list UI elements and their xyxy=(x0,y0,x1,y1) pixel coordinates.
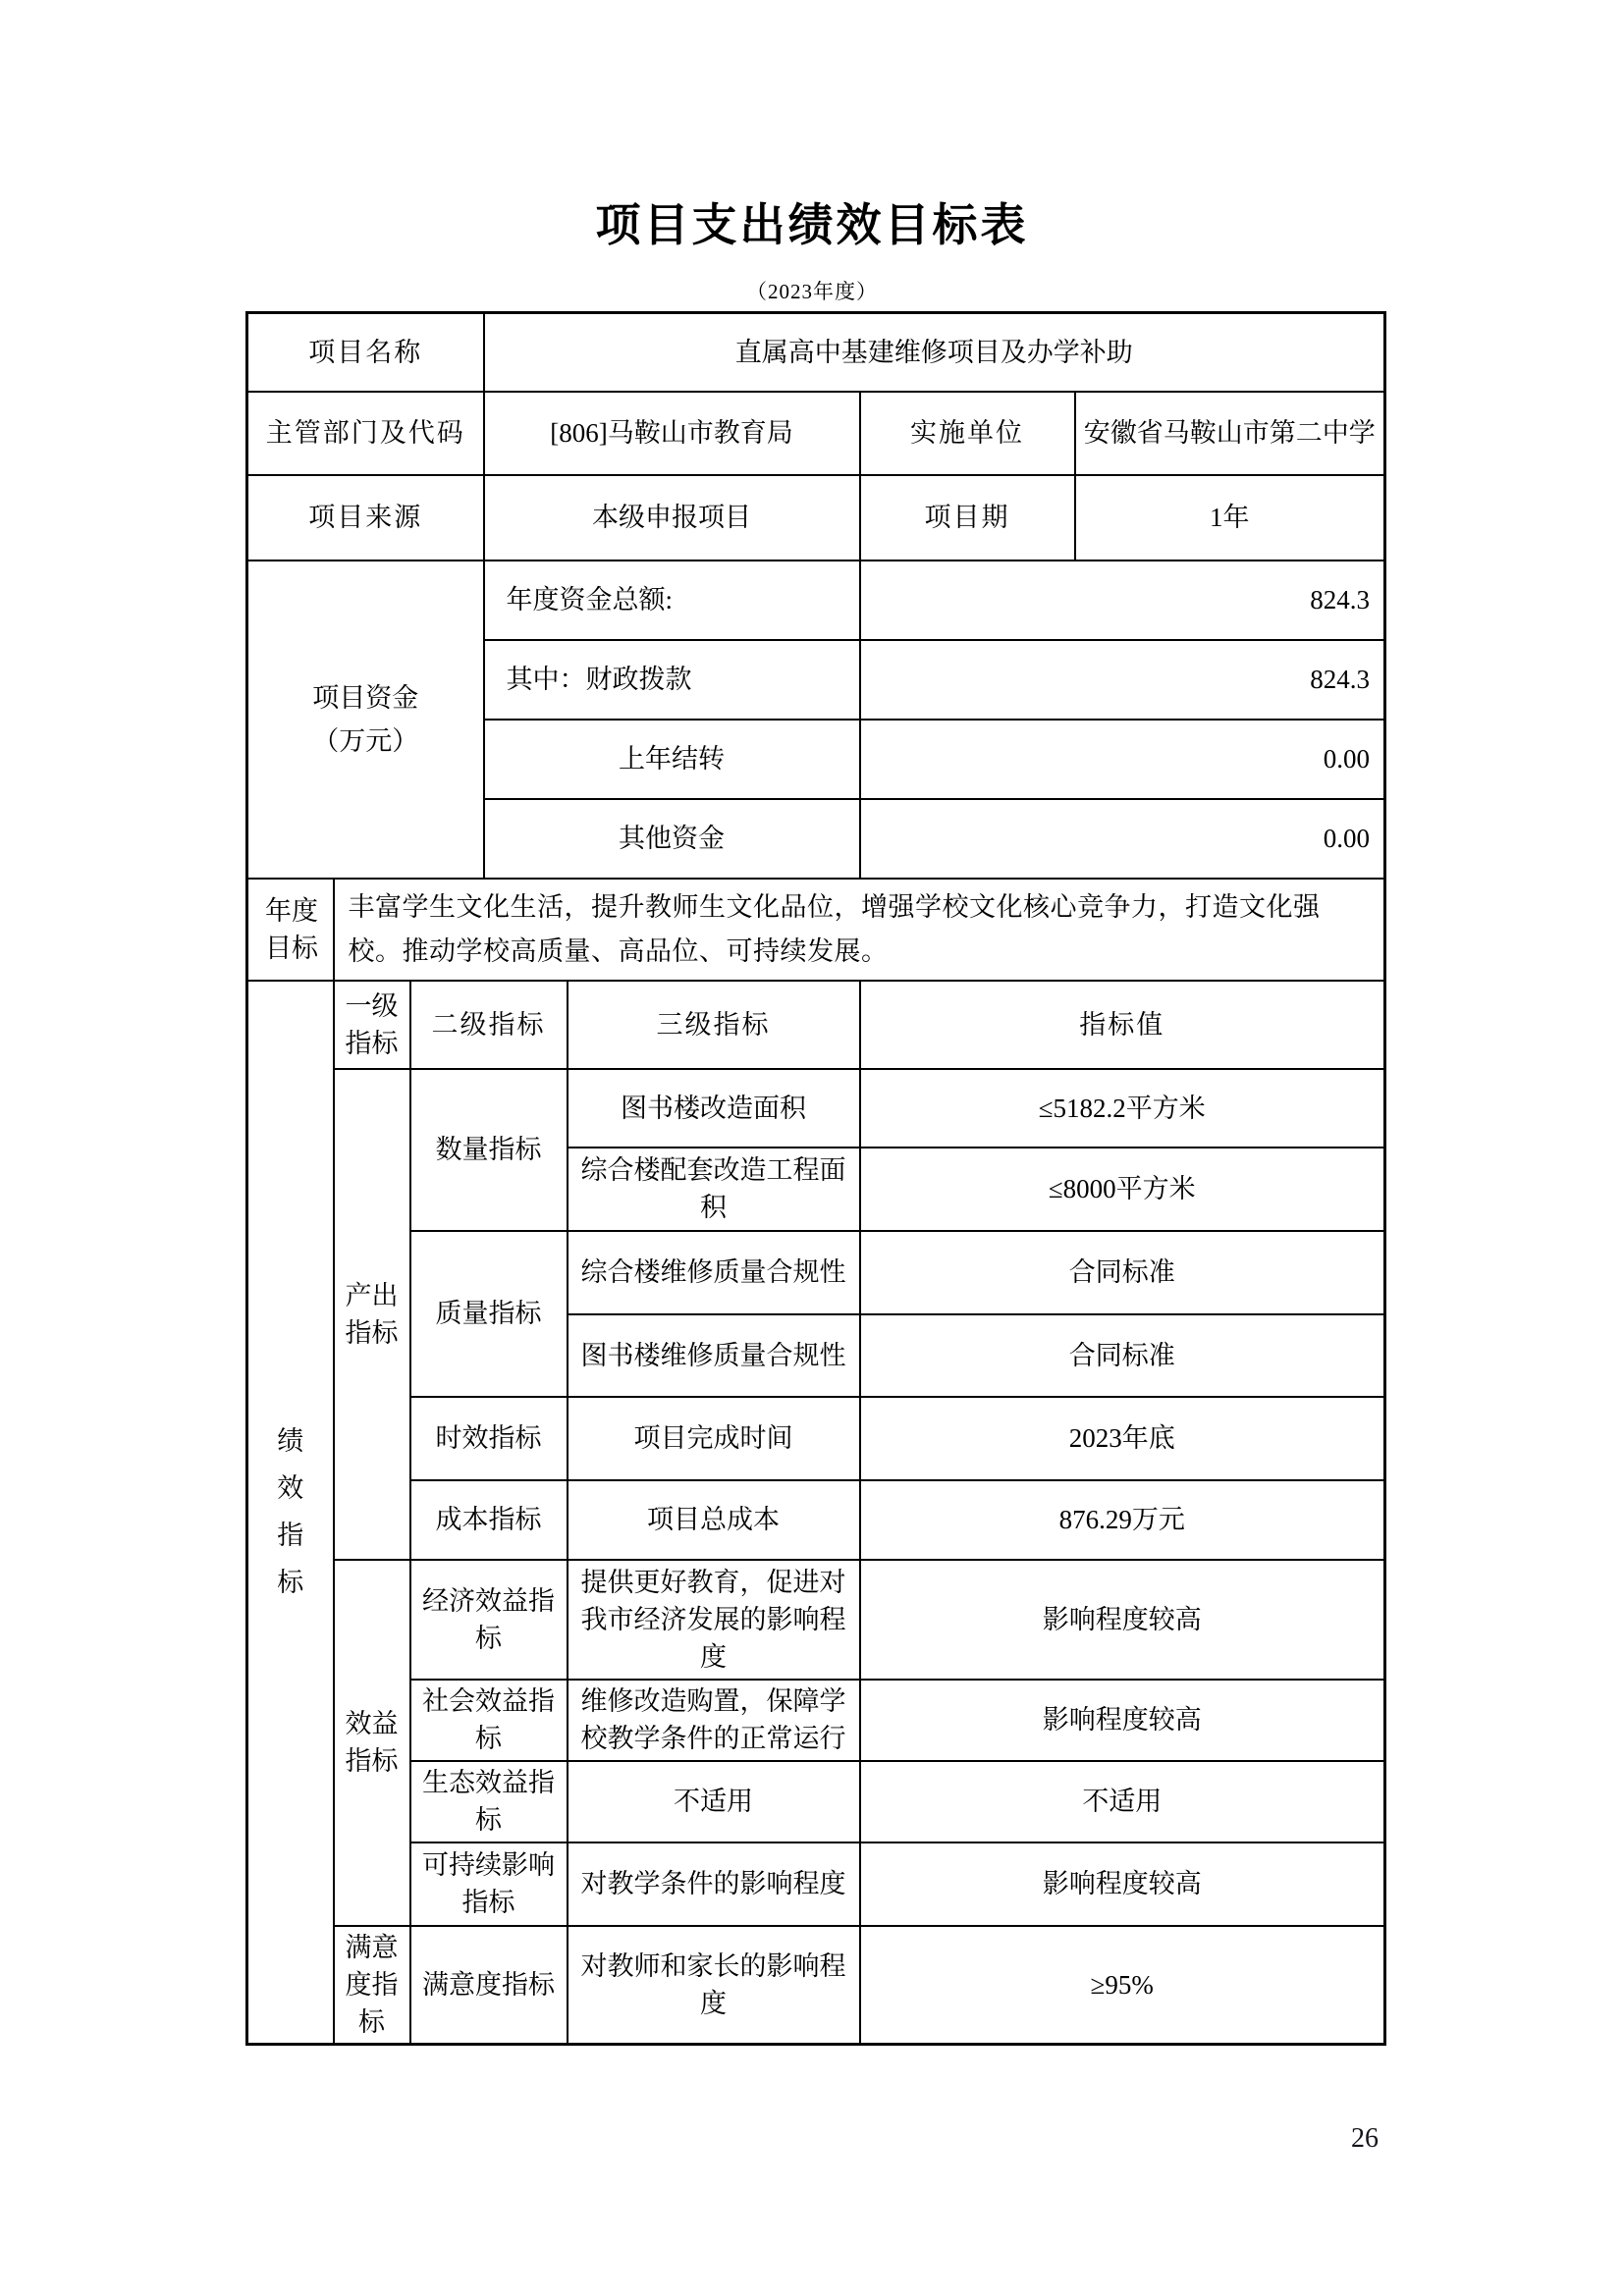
source-label: 项目来源 xyxy=(247,475,484,561)
level1-output: 产出指标 xyxy=(334,1069,410,1560)
document-page: { "page": { "title": "项目支出绩效目标表", "subti… xyxy=(0,0,1624,2296)
dept-value: [806]马鞍山市教育局 xyxy=(484,392,860,475)
level1-benefit: 效益指标 xyxy=(334,1560,410,1926)
impl-unit-label: 实施单位 xyxy=(860,392,1075,475)
indicator-value: ≤5182.2平方米 xyxy=(860,1069,1385,1148)
funds-fiscal-label: 其中：财政拨款 xyxy=(484,640,860,720)
impl-unit-value: 安徽省马鞍山市第二中学 xyxy=(1075,392,1385,475)
period-label: 项目期 xyxy=(860,475,1075,561)
level3-name: 维修改造购置，保障学校教学条件的正常运行 xyxy=(568,1680,860,1761)
funds-carryover-value: 0.00 xyxy=(860,720,1385,799)
indicators-label-text: 绩效指标 xyxy=(276,1417,305,1606)
funds-label: 项目资金（万元） xyxy=(247,561,484,879)
page-title: 项目支出绩效目标表 xyxy=(0,189,1624,254)
header-level2: 二级指标 xyxy=(410,981,568,1069)
level3-name: 综合楼配套改造工程面积 xyxy=(568,1148,860,1231)
level3-name: 不适用 xyxy=(568,1761,860,1842)
dept-label: 主管部门及代码 xyxy=(247,392,484,475)
table-row: 成本指标 项目总成本 876.29万元 xyxy=(247,1480,1385,1560)
table-row: 项目来源 本级申报项目 项目期 1年 xyxy=(247,475,1385,561)
table-row: 时效指标 项目完成时间 2023年底 xyxy=(247,1397,1385,1480)
level2-satisfaction: 满意度指标 xyxy=(410,1926,568,2045)
period-value: 1年 xyxy=(1075,475,1385,561)
indicator-value: 影响程度较高 xyxy=(860,1560,1385,1680)
annual-goal-label: 年度目标 xyxy=(247,879,334,981)
header-value: 指标值 xyxy=(860,981,1385,1069)
indicator-value: ≤8000平方米 xyxy=(860,1148,1385,1231)
level2-ecological: 生态效益指标 xyxy=(410,1761,568,1842)
indicator-value: 影响程度较高 xyxy=(860,1842,1385,1926)
funds-fiscal-value: 824.3 xyxy=(860,640,1385,720)
header-level3: 三级指标 xyxy=(568,981,860,1069)
table-row: 年度目标 丰富学生文化生活，提升教师生文化品位，增强学校文化核心竞争力，打造文化… xyxy=(247,879,1385,981)
table-row: 效益指标 经济效益指标 提供更好教育，促进对我市经济发展的影响程度 影响程度较高 xyxy=(247,1560,1385,1680)
page-subtitle: （2023年度） xyxy=(0,276,1624,305)
annual-goal-label-text: 年度目标 xyxy=(252,892,331,967)
level3-name: 提供更好教育，促进对我市经济发展的影响程度 xyxy=(568,1560,860,1680)
table-row: 质量指标 综合楼维修质量合规性 合同标准 xyxy=(247,1231,1385,1314)
level3-name: 项目完成时间 xyxy=(568,1397,860,1480)
level2-sustainable: 可持续影响指标 xyxy=(410,1842,568,1926)
page-number: 26 xyxy=(1351,2123,1379,2155)
level2-economic: 经济效益指标 xyxy=(410,1560,568,1680)
indicator-value: 2023年底 xyxy=(860,1397,1385,1480)
project-name-label: 项目名称 xyxy=(247,313,484,392)
funds-carryover-label: 上年结转 xyxy=(484,720,860,799)
funds-other-value: 0.00 xyxy=(860,799,1385,879)
table-row: 绩效指标 一级指标 二级指标 三级指标 指标值 xyxy=(247,981,1385,1069)
indicator-value: 876.29万元 xyxy=(860,1480,1385,1560)
annual-goal-text: 丰富学生文化生活，提升教师生文化品位，增强学校文化核心竞争力，打造文化强校。推动… xyxy=(334,879,1385,981)
level2-quantity: 数量指标 xyxy=(410,1069,568,1231)
level2-social: 社会效益指标 xyxy=(410,1680,568,1761)
indicator-value: ≥95% xyxy=(860,1926,1385,2045)
performance-target-table: 项目名称 直属高中基建维修项目及办学补助 主管部门及代码 [806]马鞍山市教育… xyxy=(245,311,1386,2046)
funds-total-label: 年度资金总额: xyxy=(484,561,860,640)
level2-quality: 质量指标 xyxy=(410,1231,568,1397)
level3-name: 项目总成本 xyxy=(568,1480,860,1560)
table-row: 生态效益指标 不适用 不适用 xyxy=(247,1761,1385,1842)
funds-label-text: 项目资金（万元） xyxy=(301,676,429,763)
indicator-value: 不适用 xyxy=(860,1761,1385,1842)
project-name-value: 直属高中基建维修项目及办学补助 xyxy=(484,313,1385,392)
indicator-value: 影响程度较高 xyxy=(860,1680,1385,1761)
level3-name: 对教学条件的影响程度 xyxy=(568,1842,860,1926)
indicator-value: 合同标准 xyxy=(860,1314,1385,1397)
level1-satisfaction: 满意度指标 xyxy=(334,1926,410,2045)
level3-name: 综合楼维修质量合规性 xyxy=(568,1231,860,1314)
level2-timeliness: 时效指标 xyxy=(410,1397,568,1480)
level2-cost: 成本指标 xyxy=(410,1480,568,1560)
table-row: 满意度指标 满意度指标 对教师和家长的影响程度 ≥95% xyxy=(247,1926,1385,2045)
funds-total-value: 824.3 xyxy=(860,561,1385,640)
table-row: 产出指标 数量指标 图书楼改造面积 ≤5182.2平方米 xyxy=(247,1069,1385,1148)
header-level1: 一级指标 xyxy=(334,981,410,1069)
table-row: 项目资金（万元） 年度资金总额: 824.3 xyxy=(247,561,1385,640)
source-value: 本级申报项目 xyxy=(484,475,860,561)
table-row: 社会效益指标 维修改造购置，保障学校教学条件的正常运行 影响程度较高 xyxy=(247,1680,1385,1761)
indicators-label: 绩效指标 xyxy=(247,981,334,2045)
funds-other-label: 其他资金 xyxy=(484,799,860,879)
level3-name: 图书楼维修质量合规性 xyxy=(568,1314,860,1397)
level3-name: 对教师和家长的影响程度 xyxy=(568,1926,860,2045)
indicator-value: 合同标准 xyxy=(860,1231,1385,1314)
level3-name: 图书楼改造面积 xyxy=(568,1069,860,1148)
table-row: 主管部门及代码 [806]马鞍山市教育局 实施单位 安徽省马鞍山市第二中学 xyxy=(247,392,1385,475)
table-row: 项目名称 直属高中基建维修项目及办学补助 xyxy=(247,313,1385,392)
table-row: 可持续影响指标 对教学条件的影响程度 影响程度较高 xyxy=(247,1842,1385,1926)
